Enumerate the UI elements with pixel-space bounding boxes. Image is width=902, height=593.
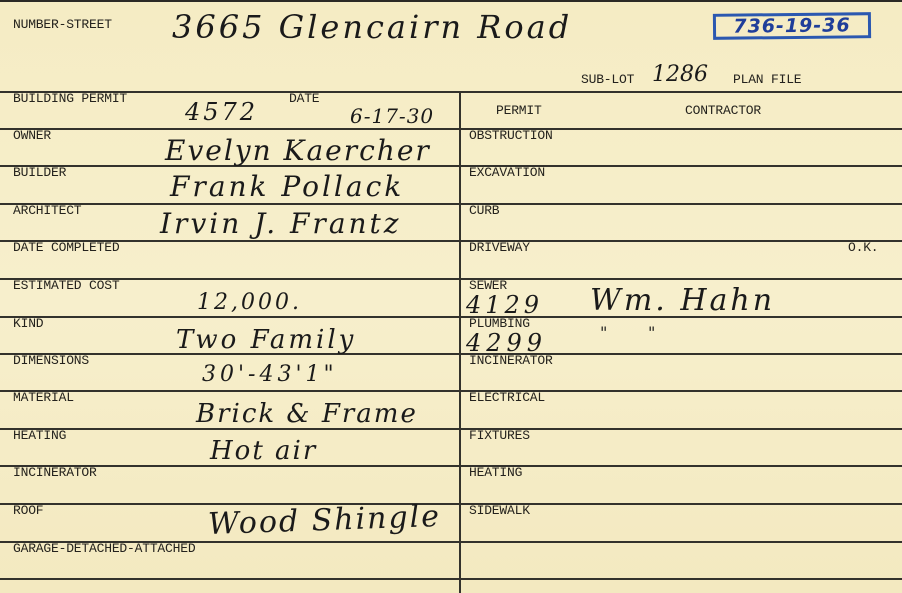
label-material: MATERIAL xyxy=(13,390,74,405)
plumbing-permit-number: 4299 xyxy=(466,329,547,357)
value-estimated-cost: 12,000. xyxy=(197,290,302,315)
label-electrical: ELECTRICAL xyxy=(469,390,545,405)
label-dimensions: DIMENSIONS xyxy=(13,353,89,368)
card-top-edge xyxy=(0,0,902,2)
sub-lot-value: 1286 xyxy=(652,62,708,87)
value-dimensions: 30'-43'1" xyxy=(202,362,338,387)
label-date: DATE xyxy=(289,91,319,106)
sub-lot-label: SUB-LOT xyxy=(581,72,634,87)
label-architect: ARCHITECT xyxy=(13,203,81,218)
rule-line xyxy=(0,165,902,167)
label-driveway: DRIVEWAY xyxy=(469,240,530,255)
rule-line xyxy=(0,428,902,430)
rule-line xyxy=(0,465,902,467)
rule-line xyxy=(0,390,902,392)
plumbing-contractor-ditto: " " xyxy=(600,323,655,342)
label-estimated-cost: ESTIMATED COST xyxy=(13,278,119,293)
label-garage: GARAGE-DETACHED-ATTACHED xyxy=(13,541,195,556)
rule-line xyxy=(0,578,902,580)
value-architect: Irvin J. Frantz xyxy=(160,207,402,240)
label-sidewalk: SIDEWALK xyxy=(469,503,530,518)
plan-file-label: PLAN FILE xyxy=(733,72,801,87)
card-number-stamp: 736-19-36 xyxy=(713,12,871,40)
label-obstruction: OBSTRUCTION xyxy=(469,128,553,143)
rule-line xyxy=(0,353,902,355)
sewer-contractor: Wm. Hahn xyxy=(590,283,775,318)
label-incinerator: INCINERATOR xyxy=(13,465,97,480)
value-owner: Evelyn Kaercher xyxy=(165,134,431,167)
label-heating-permit: HEATING xyxy=(469,465,522,480)
permit-column-header: PERMIT xyxy=(496,103,542,118)
value-heating: Hot air xyxy=(210,436,317,466)
permit-card: NUMBER-STREET 3665 Glencairn Road 736-19… xyxy=(0,0,902,593)
label-excavation: EXCAVATION xyxy=(469,165,545,180)
value-date: 6-17-30 xyxy=(350,104,434,128)
value-roof: Wood Shingle xyxy=(207,499,441,542)
label-curb: CURB xyxy=(469,203,499,218)
rule-line xyxy=(0,91,902,93)
value-kind: Two Family xyxy=(176,325,356,355)
value-building-permit: 4572 xyxy=(185,98,258,126)
label-builder: BUILDER xyxy=(13,165,66,180)
label-roof: ROOF xyxy=(13,503,43,518)
driveway-note: O.K. xyxy=(848,240,878,255)
sewer-permit-number: 4129 xyxy=(466,291,543,319)
rule-line xyxy=(0,203,902,205)
column-divider xyxy=(459,91,461,593)
number-street-value: 3665 Glencairn Road xyxy=(172,8,572,46)
contractor-column-header: CONTRACTOR xyxy=(685,103,761,118)
rule-line xyxy=(0,278,902,280)
value-material: Brick & Frame xyxy=(196,399,418,429)
number-street-label: NUMBER-STREET xyxy=(13,17,112,32)
rule-line xyxy=(0,240,902,242)
label-owner: OWNER xyxy=(13,128,51,143)
value-builder: Frank Pollack xyxy=(170,170,404,203)
label-fixtures: FIXTURES xyxy=(469,428,530,443)
rule-line xyxy=(0,128,902,130)
label-heating: HEATING xyxy=(13,428,66,443)
rule-line xyxy=(0,503,902,505)
label-kind: KIND xyxy=(13,316,43,331)
label-date-completed: DATE COMPLETED xyxy=(13,240,119,255)
label-building-permit: BUILDING PERMIT xyxy=(13,91,127,106)
